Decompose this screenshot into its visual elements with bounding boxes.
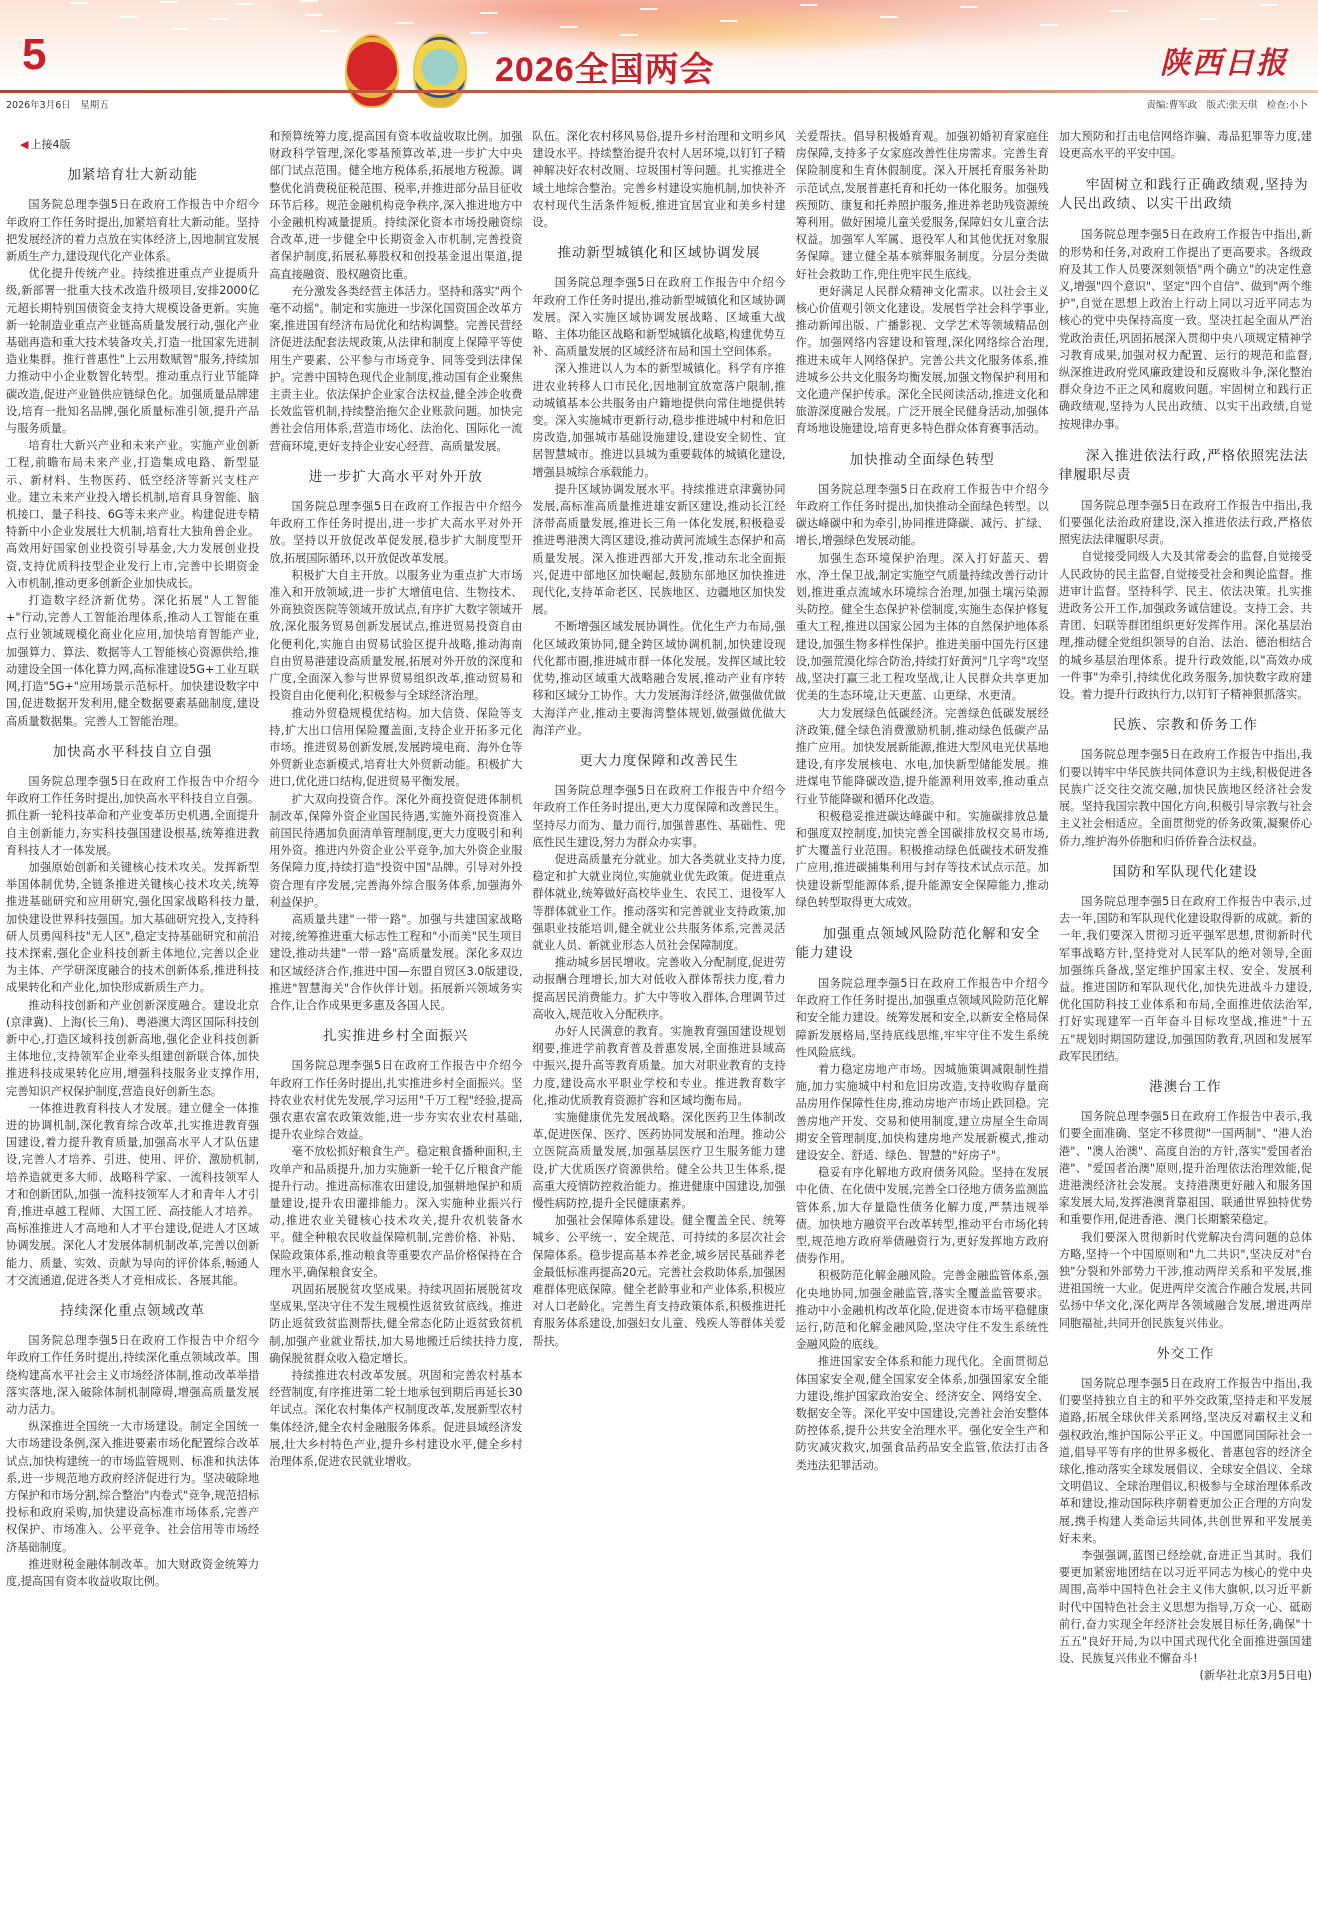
article-paragraph: 国务院总理李强5日在政府工作报告中指出,我们要坚持独立自主的和平外交政策,坚持走… [1059,1375,1312,1547]
banner-dash [320,30,338,32]
article-paragraph: 培育壮大新兴产业和未来产业。实施产业创新工程,前瞻布局未来产业,打造集成电路、新… [6,437,259,592]
article-paragraph: 办好人民满意的教育。实施教育强国建设规划纲要,推进学前教育普及普惠发展,全面推进… [532,1023,785,1109]
article-section: 更大力度保障和改善民生国务院总理李强5日在政府工作报告中介绍今年政府工作任务时提… [532,753,785,1350]
article-paragraph: 和预算统筹力度,提高国有资本收益收取比例。加强财政科学管理,深化零基预算改革,进… [269,128,522,283]
article-paragraph: 国务院总理李强5日在政府工作报告中介绍今年政府工作任务时提出,进一步扩大高水平对… [269,498,522,567]
editor-credits: 责编:曹军政 版式:张天琪 检查:小卜 [1146,97,1308,111]
banner-dash [235,3,253,5]
article-paragraph: 推动外贸稳规模优结构。加大信贷、保险等支持,扩大出口信用保险覆盖面,支持企业开拓… [269,705,522,791]
banner-dash [640,8,658,10]
article-section: 深入推进依法行政,严格依照宪法法律履职尽责国务院总理李强5日在政府工作报告中指出… [1059,447,1312,703]
column-4: 关爱帮扶。倡导积极婚育观。加强初婚初育家庭住房保障,支持多子女家庭改善性住房需求… [796,128,1049,1913]
banner-dash [620,34,638,36]
article-paragraph: 推进财税金融体制改革。加大财政资金统筹力度,提高国有资本收益收取比例。 [6,1556,259,1590]
banner-dash [1040,24,1058,26]
section-heading: 加快推动全面绿色转型 [796,452,1049,469]
section-heading: 牢固树立和践行正确政绩观,坚持为人民出政绩、以实干出政绩 [1059,176,1312,214]
issue-date: 2026年3月6日 星期五 [6,97,109,111]
column-3: 队伍。深化农村移风易俗,提升乡村治理和文明乡风建设水平。持续整治提升农村人居环境… [532,128,785,1913]
banner-dash [560,26,578,28]
article-paragraph: 国务院总理李强5日在政府工作报告中介绍今年政府工作任务时提出,更大力度保障和改善… [532,782,785,851]
article-paragraph: 我们要深入贯彻新时代党解决台湾问题的总体方略,坚持一个中国原则和"九二共识",坚… [1059,1229,1312,1332]
section-heading: 加紧培育壮大新动能 [6,167,259,184]
article-section: 队伍。深化农村移风易俗,提升乡村治理和文明乡风建设水平。持续整治提升农村人居环境… [532,128,785,231]
section-heading: 扎实推进乡村全面振兴 [269,1028,522,1045]
article-paragraph: 充分激发各类经营主体活力。坚持和落实"两个毫不动摇"。制定和实施进一步深化国资国… [269,283,522,455]
banner-dash [160,1,178,3]
column-1: ◀上接4版 加紧培育壮大新动能国务院总理李强5日在政府工作报告中介绍今年政府工作… [6,128,259,1913]
article-section: 加大预防和打击电信网络诈骗、毒品犯罪等力度,建设更高水平的平安中国。 [1059,128,1312,162]
article-paragraph: 国务院总理李强5日在政府工作报告中指出,新的形势和任务,对政府工作提出了更高要求… [1059,226,1312,432]
article-section: 持续深化重点领域改革国务院总理李强5日在政府工作报告中介绍今年政府工作任务时提出… [6,1303,259,1590]
article-paragraph: 实施健康优先发展战略。深化医药卫生体制改革,促进医保、医疗、医药协同发展和治理。… [532,1109,785,1212]
section-heading: 加快高水平科技自立自强 [6,744,259,761]
article-paragraph: 关爱帮扶。倡导积极婚育观。加强初婚初育家庭住房保障,支持多子女家庭改善性住房需求… [796,128,1049,283]
newspaper-logo: 陕西日报 [1160,38,1288,82]
article-paragraph: 队伍。深化农村移风易俗,提升乡村治理和文明乡风建设水平。持续整治提升农村人居环境… [532,128,785,231]
article-section: 推动新型城镇化和区域协调发展国务院总理李强5日在政府工作报告中介绍今年政府工作任… [532,245,785,739]
section-heading: 深入推进依法行政,严格依照宪法法律履职尽责 [1059,447,1312,485]
section-heading: 更大力度保障和改善民生 [532,753,785,770]
banner-dash [1260,4,1278,6]
column-5: 加大预防和打击电信网络诈骗、毒品犯罪等力度,建设更高水平的平安中国。牢固树立和践… [1059,128,1312,1913]
banner-dash [395,22,413,24]
article-paragraph: 提升区域协调发展水平。持续推进京津冀协同发展,高标准高质量推进雄安新区建设,推动… [532,481,785,619]
article-paragraph: 国务院总理李强5日在政府工作报告中指出,我们要强化法治政府建设,深入推进依法行政… [1059,497,1312,549]
article-section: 加快高水平科技自立自强国务院总理李强5日在政府工作报告中介绍今年政府工作任务时提… [6,744,259,1289]
section-heading: 民族、宗教和侨务工作 [1059,717,1312,734]
article-paragraph: 国务院总理李强5日在政府工作报告中介绍今年政府工作任务时提出,加紧培育壮大新动能… [6,196,259,265]
article-paragraph: 高质量共建"一带一路"。加强与共建国家战略对接,统筹推进重大标志性工程和"小而美… [269,911,522,1014]
continued-from-link[interactable]: ◀上接4版 [20,136,259,153]
page-title: 2026全国两会 [495,42,715,91]
article-paragraph: 加大预防和打击电信网络诈骗、毒品犯罪等力度,建设更高水平的平安中国。 [1059,128,1312,162]
article-paragraph: 积极防范化解金融风险。完善金融监管体系,强化央地协同,加强金融监管,落实全覆盖监… [796,1267,1049,1353]
article-paragraph: 加强原始创新和关键核心技术攻关。发挥新型举国体制优势,全链条推进关键核心技术攻关… [6,859,259,997]
banner-dash [1200,18,1218,20]
article-paragraph: 持续推进农村改革发展。巩固和完善农村基本经营制度,有序推进第二轮土地承包到期后再… [269,1367,522,1470]
national-emblem-icon [345,34,399,108]
banner-dash [70,2,88,4]
article-columns: ◀上接4版 加紧培育壮大新动能国务院总理李强5日在政府工作报告中介绍今年政府工作… [6,128,1312,1913]
banner-dash [170,28,188,30]
article-paragraph: 积极稳妥推进碳达峰碳中和。实施碳排放总量和强度双控制度,加快完善全国碳排放权交易… [796,808,1049,911]
article-paragraph: 着力稳定房地产市场。因城施策调减限制性措施,加力实施城中村和危旧房改造,支持收购… [796,1061,1049,1164]
continued-from-label: 上接4版 [30,138,70,151]
section-heading: 港澳台工作 [1059,1079,1312,1096]
article-paragraph: 巩固拓展脱贫攻坚成果。持续巩固拓展脱贫攻坚成果,坚决守住不发生规模性返贫致贫底线… [269,1281,522,1367]
article-paragraph: 国务院总理李强5日在政府工作报告中介绍今年政府工作任务时提出,推动新型城镇化和区… [532,274,785,360]
article-paragraph: 打造数字经济新优势。深化拓展"人工智能+"行动,完善人工智能治理体系,推动人工智… [6,592,259,730]
article-section: 和预算统筹力度,提高国有资本收益收取比例。加强财政科学管理,深化零基预算改革,进… [269,128,522,455]
article-section: 进一步扩大高水平对外开放国务院总理李强5日在政府工作报告中介绍今年政府工作任务时… [269,469,522,1014]
banner-dash [305,14,323,16]
article-section: 民族、宗教和侨务工作国务院总理李强5日在政府工作报告中指出,我们要以铸牢中华民族… [1059,717,1312,849]
article-paragraph: 积极扩大自主开放。以服务业为重点扩大市场准入和开放领域,进一步扩大增值电信、生物… [269,567,522,705]
article-paragraph: 推进国家安全体系和能力现代化。全面贯彻总体国家安全观,健全国家安全体系,加强国家… [796,1353,1049,1473]
banner-dash [720,20,738,22]
article-paragraph: 大力发展绿色低碳经济。完善绿色低碳发展经济政策,健全绿色消费激励机制,推动绿色低… [796,705,1049,808]
cppcc-emblem-icon [413,34,467,108]
section-heading: 推动新型城镇化和区域协调发展 [532,245,785,262]
article-section: 港澳台工作国务院总理李强5日在政府工作报告中表示,我们要全面准确、坚定不移贯彻"… [1059,1079,1312,1332]
section-heading: 国防和军队现代化建设 [1059,864,1312,881]
article-paragraph: 加强生态环境保护治理。深入打好蓝天、碧水、净土保卫战,制定实施空气质量持续改善行… [796,550,1049,705]
article-paragraph: 更好满足人民群众精神文化需求。以社会主义核心价值观引领文化建设。发展哲学社会科学… [796,283,1049,438]
article-section: 加快推动全面绿色转型国务院总理李强5日在政府工作报告中介绍今年政府工作任务时提出… [796,452,1049,911]
column-2: 和预算统筹力度,提高国有资本收益收取比例。加强财政科学管理,深化零基预算改革,进… [269,128,522,1913]
banner-dash [470,32,488,34]
article-paragraph: 国务院总理李强5日在政府工作报告中表示,我们要全面准确、坚定不移贯彻"一国两制"… [1059,1108,1312,1228]
article-section: 关爱帮扶。倡导积极婚育观。加强初婚初育家庭住房保障,支持多子女家庭改善性住房需求… [796,128,1049,438]
article-paragraph: 一体推进教育科技人才发展。建立健全一体推进的协调机制,深化教育综合改革,扎实推进… [6,1100,259,1289]
banner-dash [800,4,818,6]
article-paragraph: 稳妥有序化解地方政府债务风险。坚持在发展中化债、在化债中发展,完善全口径地方债务… [796,1164,1049,1267]
article-paragraph: 不断增强区域发展协调性。优化生产力布局,强化区域政策协同,健全跨区域协调机制,加… [532,618,785,738]
banner-dash [210,18,228,20]
article-paragraph: 李强强调,蓝图已经绘就,奋进正当其时。我们要更加紧密地团结在以习近平同志为核心的… [1059,1547,1312,1667]
article-section: 牢固树立和践行正确政绩观,坚持为人民出政绩、以实干出政绩国务院总理李强5日在政府… [1059,176,1312,432]
article-paragraph: 国务院总理李强5日在政府工作报告中介绍今年政府工作任务时提出,持续深化重点领域改… [6,1332,259,1418]
banner-dash [1110,10,1128,12]
article-paragraph: 推动城乡居民增收。完善收入分配制度,促进劳动报酬合理增长,加大对低收入群体帮扶力… [532,954,785,1023]
article-paragraph: 国务院总理李强5日在政府工作报告中介绍今年政府工作任务时提出,加快推动全面绿色转… [796,481,1049,550]
article-paragraph: 国务院总理李强5日在政府工作报告中介绍今年政府工作任务时提出,加快高水平科技自立… [6,773,259,859]
dateline: (新华社北京3月5日电) [1059,1667,1312,1684]
article-paragraph: 促进高质量充分就业。加大各类就业支持力度,稳定和扩大就业岗位,实施就业优先政策。… [532,851,785,954]
section-heading: 加强重点领域风险防范化解和安全能力建设 [796,925,1049,963]
section-heading: 外交工作 [1059,1346,1312,1363]
article-paragraph: 推动科技创新和产业创新深度融合。建设北京(京津冀)、上海(长三角)、粤港澳大湾区… [6,997,259,1100]
article-section: 扎实推进乡村全面振兴国务院总理李强5日在政府工作报告中介绍今年政府工作任务时提出… [269,1028,522,1470]
article-section: 加强重点领域风险防范化解和安全能力建设国务院总理李强5日在政府工作报告中介绍今年… [796,925,1049,1474]
article-paragraph: 自觉接受同级人大及其常委会的监督,自觉接受人民政协的民主监督,自觉接受社会和舆论… [1059,548,1312,703]
article-paragraph: 毫不放松抓好粮食生产。稳定粮食播种面积,主攻单产和品质提升,加力实施新一轮千亿斤… [269,1143,522,1281]
banner-dash [960,6,978,8]
article-paragraph: 国务院总理李强5日在政府工作报告中指出,我们要以铸牢中华民族共同体意识为主线,积… [1059,746,1312,849]
banner-dash [120,16,138,18]
page-number: 5 [22,30,46,80]
article-paragraph: 国务院总理李强5日在政府工作报告中表示,过去一年,国防和军队现代化建设取得新的成… [1059,893,1312,1065]
article-section: 加紧培育壮大新动能国务院总理李强5日在政府工作报告中介绍今年政府工作任务时提出,… [6,167,259,730]
section-heading: 持续深化重点领域改革 [6,1303,259,1320]
article-paragraph: 加强社会保障体系建设。健全覆盖全民、统筹城乡、公平统一、安全规范、可持续的多层次… [532,1212,785,1350]
triangle-left-icon: ◀ [20,138,28,151]
banner-dash [880,16,898,18]
banner-dash [480,12,498,14]
article-paragraph: 国务院总理李强5日在政府工作报告中介绍今年政府工作任务时提出,扎实推进乡村全面振… [269,1057,522,1143]
article-paragraph: 纵深推进全国统一大市场建设。制定全国统一大市场建设条例,深入推进要素市场化配置综… [6,1418,259,1556]
article-section: 国防和军队现代化建设国务院总理李强5日在政府工作报告中表示,过去一年,国防和军队… [1059,864,1312,1065]
section-heading: 进一步扩大高水平对外开放 [269,469,522,486]
article-paragraph: 国务院总理李强5日在政府工作报告中介绍今年政府工作任务时提出,加强重点领域风险防… [796,975,1049,1061]
banner-dash [300,0,318,2]
article-paragraph: 优化提升传统产业。持续推进重点产业提质升级,新部署一批重大技术改造升级项目,安排… [6,265,259,437]
article-paragraph: 扩大双向投资合作。深化外商投资促进体制机制改革,保障外资企业国民待遇,实施外商投… [269,791,522,911]
article-paragraph: 深入推进以人为本的新型城镇化。科学有序推进农业转移人口市民化,因地制宜放宽落户限… [532,360,785,480]
article-section: 外交工作国务院总理李强5日在政府工作报告中指出,我们要坚持独立自主的和平外交政策… [1059,1346,1312,1685]
header-rule [0,90,1318,93]
